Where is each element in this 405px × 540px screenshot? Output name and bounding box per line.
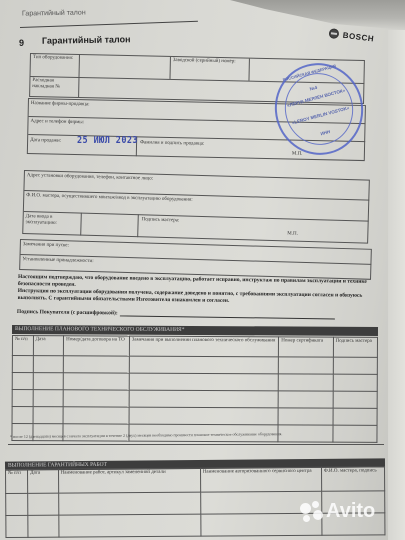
table-cell[interactable] (58, 492, 200, 515)
table-cell[interactable] (279, 357, 333, 374)
table-cell[interactable] (278, 425, 332, 442)
column-header: Номер сертификата (279, 337, 333, 357)
table-cell[interactable] (279, 374, 333, 391)
table-cell[interactable] (6, 493, 28, 515)
table-cell[interactable] (33, 390, 64, 407)
avito-watermark: Avito (300, 500, 375, 523)
column-header: Замечания при выполнении планового техни… (129, 336, 279, 357)
column-header: Наименование работ, артикул замененной д… (58, 468, 200, 493)
buyer-signature-field[interactable] (120, 309, 335, 319)
table-row (12, 356, 377, 375)
column-header: Номер/дата договора на ТО (64, 336, 130, 356)
column-header: Дата (33, 336, 64, 356)
commission-date-label: Дата ввода в эксплуатацию: (23, 213, 79, 235)
seller-signature-label: Фамилия и подпись продавца: (138, 139, 288, 158)
table-cell[interactable] (333, 357, 377, 374)
table-cell[interactable] (28, 515, 59, 537)
table-cell[interactable] (333, 408, 377, 425)
equipment-type-label: Тип оборудования: (31, 54, 79, 77)
table-cell[interactable] (333, 374, 377, 391)
column-header: Наименование авторизованного сервисного … (200, 467, 321, 492)
commission-date-field[interactable] (81, 215, 137, 237)
table-cell[interactable] (63, 390, 129, 407)
sale-date-stamp: 25 ИЮЛ 2023 (77, 135, 138, 146)
column-header: Ф.И.О. мастера, подпись (321, 467, 384, 491)
table-row (12, 373, 377, 392)
table-cell[interactable] (129, 356, 279, 374)
table-cell[interactable] (129, 407, 279, 425)
table-cell[interactable] (278, 408, 332, 425)
running-header: Гарантийный талон (22, 9, 86, 17)
footnote-border (8, 444, 384, 445)
table-cell[interactable] (33, 407, 64, 424)
table-header-row: № п/п Дата Наименование работ, артикул з… (6, 467, 385, 494)
page-shadow (230, 0, 405, 30)
table-cell[interactable] (278, 391, 332, 408)
page-title: Гарантийный талон (42, 34, 131, 46)
serial-number-label: Заводской (серийный) номер: (170, 57, 248, 81)
table-row (12, 407, 377, 426)
header-divider (20, 21, 198, 28)
table-cell[interactable] (63, 356, 129, 373)
confirmation-text: Настоящим подтверждаю, что оборудование … (18, 274, 388, 307)
table-cell[interactable] (6, 515, 28, 537)
table-cell[interactable] (333, 425, 377, 442)
table-cell[interactable] (12, 356, 33, 373)
table-cell[interactable] (33, 356, 64, 373)
equipment-type-field[interactable] (80, 55, 170, 79)
column-header: № п/п (6, 469, 28, 493)
buyer-signature-label: Подпись Покупателя (с расшифровкой): (17, 309, 118, 316)
next-page-edge (388, 30, 405, 540)
avito-logo-icon (300, 501, 324, 523)
table-cell[interactable] (58, 514, 200, 537)
mp-label: М.П. (285, 230, 315, 239)
table-cell[interactable] (12, 390, 33, 407)
column-header: № п/п (12, 336, 33, 356)
buyer-signature-row: Подпись Покупателя (с расшифровкой): (17, 308, 335, 319)
table-cell[interactable] (12, 407, 33, 424)
table-cell[interactable] (28, 493, 59, 515)
column-header: Дата (28, 469, 59, 493)
master-signature-label: Подпись мастера: (139, 216, 260, 239)
table-cell[interactable] (333, 391, 377, 408)
table-row (12, 390, 377, 409)
invoice-label: Расходная накладная № (30, 77, 78, 98)
warranty-card-page: Гарантийный талон 9 Гарантийный талон BO… (0, 0, 405, 540)
table-cell[interactable] (63, 373, 129, 390)
table-cell[interactable] (63, 407, 129, 424)
column-header: Подпись мастера (333, 337, 377, 357)
maintenance-table: № п/п Дата Номер/дата договора на ТО Зам… (11, 335, 378, 443)
brand-logo: BOSCH (328, 28, 374, 43)
section-number: 9 (19, 38, 24, 48)
table-header-row: № п/п Дата Номер/дата договора на ТО Зам… (12, 336, 377, 358)
installation-block: Адрес установки оборудования, телефон, к… (22, 170, 370, 244)
table-cell[interactable] (129, 373, 279, 391)
remarks-block: Замечания при пуске: Установленные прина… (19, 239, 372, 280)
table-cell[interactable] (12, 373, 33, 390)
bosch-armature-icon (328, 28, 339, 39)
table-cell[interactable] (129, 390, 279, 408)
watermark-text: Avito (326, 500, 375, 523)
table-cell[interactable] (33, 373, 64, 390)
brand-name: BOSCH (342, 30, 374, 43)
